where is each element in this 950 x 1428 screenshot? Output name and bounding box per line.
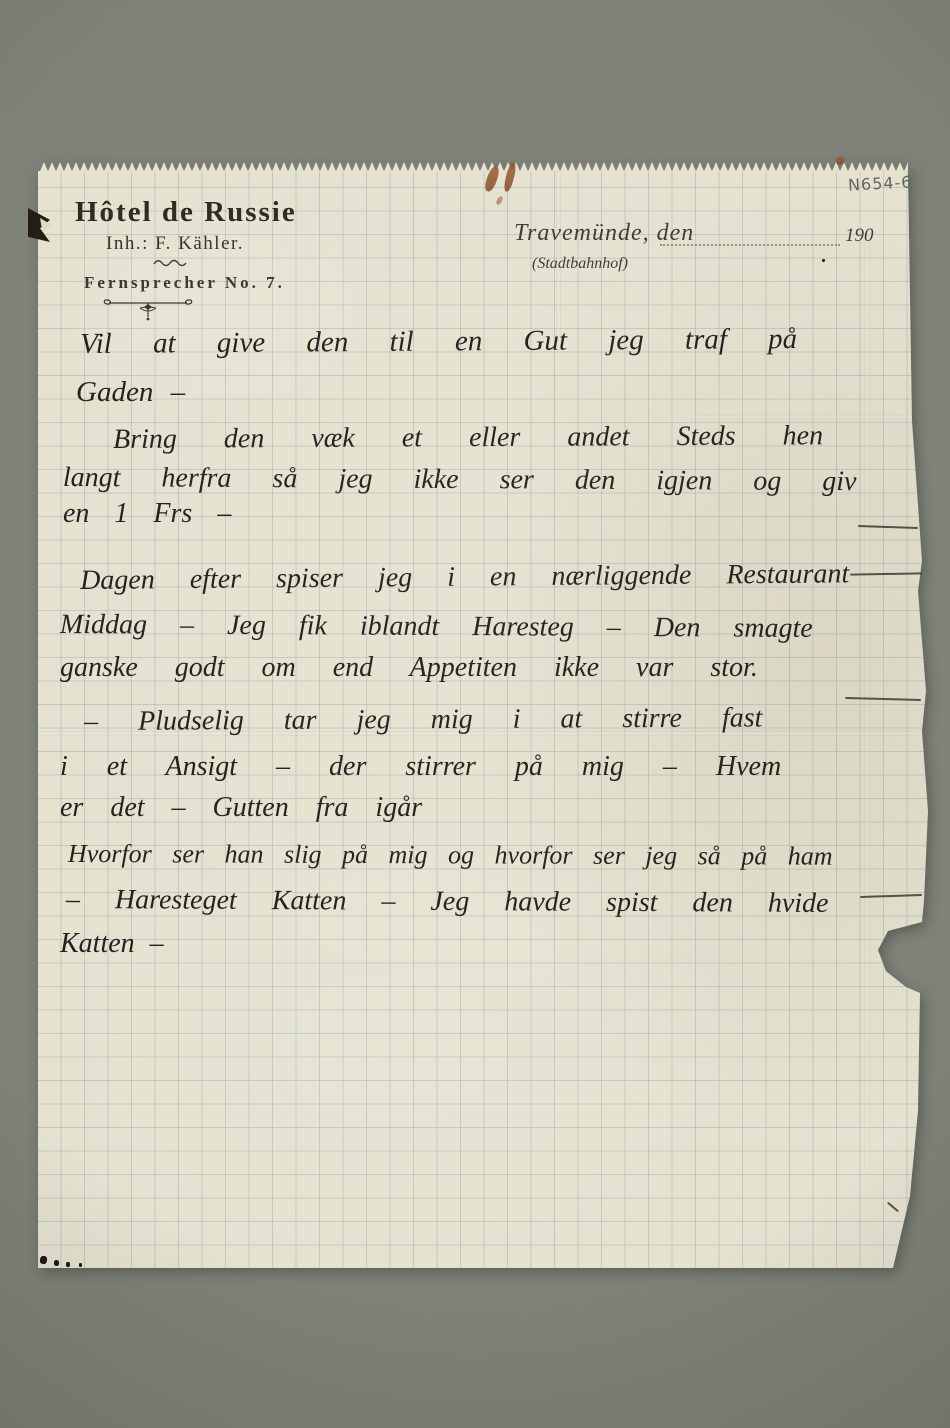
handwritten-line-5: en 1 Frs – <box>63 498 231 530</box>
letterhead-proprietor: Inh.: F. Kähler. <box>106 233 244 255</box>
handwritten-line-14: Katten – <box>60 928 164 960</box>
handwritten-line-9: – Pludselig tar jeg mig i at stirre fast <box>84 702 762 738</box>
dateline-year: 190 <box>845 225 874 247</box>
letterhead-hotel-name: Hôtel de Russie <box>75 196 297 229</box>
ink-speck <box>822 259 825 262</box>
crease-vertical-right <box>864 240 870 1170</box>
handwritten-line-11: er det – Gutten fra igår <box>60 792 422 824</box>
handwritten-line-7: Middag – Jeg fik iblandt Haresteg – Den … <box>60 609 813 645</box>
handwritten-line-13: – Haresteget Katten – Jeg havde spist de… <box>66 884 829 920</box>
rust-stain <box>836 156 845 165</box>
squiggle-divider <box>152 258 188 268</box>
photograph-scene: Hôtel de Russie Inh.: F. Kähler. Fernspr… <box>0 0 950 1428</box>
handwritten-line-10: i et Ansigt – der stirrer på mig – Hvem <box>60 751 781 783</box>
dateline-dotted-rule <box>660 243 840 246</box>
ink-speck <box>54 1260 59 1266</box>
ink-speck <box>79 1263 82 1267</box>
handwritten-line-12: Hvorfor ser han slig på mig og hvorfor s… <box>68 839 833 872</box>
handwritten-line-8: ganske godt om end Appetiten ikke var st… <box>60 652 758 684</box>
deckle-edge <box>40 162 908 171</box>
handwritten-line-2: Gaden – <box>76 376 185 409</box>
ornament-divider <box>100 297 196 323</box>
crease-horizontal-right <box>690 415 912 419</box>
handwritten-line-3: Bring den væk et eller andet Steds hen <box>113 420 823 456</box>
letterhead-phone: Fernsprecher No. 7. <box>84 273 285 293</box>
handwritten-line-1: Vil at give den til en Gut jeg traf på <box>80 323 797 361</box>
handwritten-line-4: langt herfra så jeg ikke ser den igjen o… <box>63 462 857 498</box>
ink-speck <box>66 1262 70 1267</box>
archive-number: N654-6 <box>848 172 913 194</box>
handwritten-line-6: Dagen efter spiser jeg i en nærliggende … <box>80 558 849 597</box>
dateline-station: (Stadtbahnhof) <box>532 255 628 273</box>
crease-vertical-top <box>556 171 561 336</box>
